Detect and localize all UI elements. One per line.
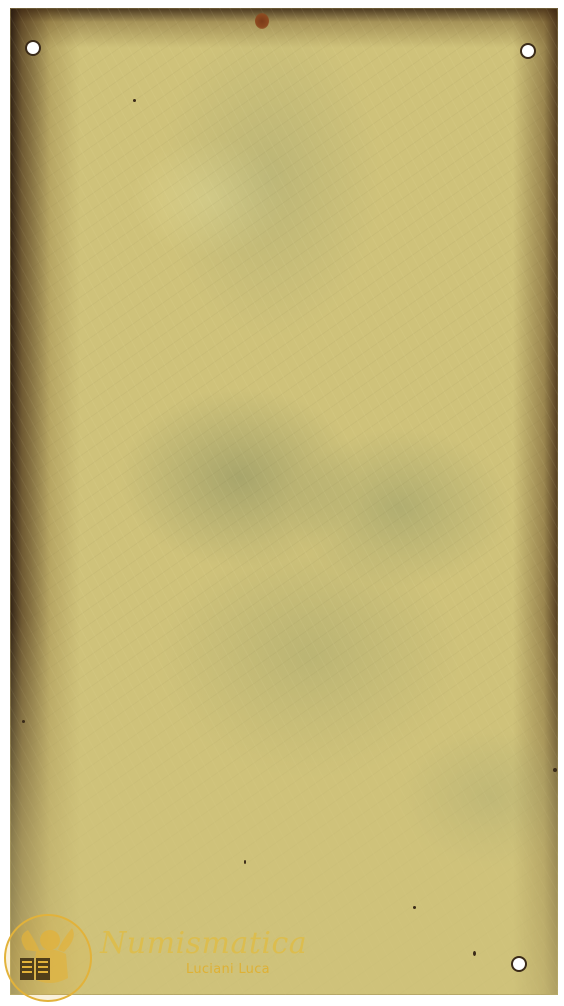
watermark-title: Numismatica <box>100 926 307 961</box>
rust-stain <box>255 13 269 29</box>
mounting-hole-top-right <box>522 45 534 57</box>
surface-spot <box>133 99 136 102</box>
watermark-subtitle: Luciani Luca <box>186 962 270 977</box>
surface-spot <box>244 860 246 864</box>
winged-lion-icon <box>4 914 92 1002</box>
surface-spot <box>553 768 557 772</box>
mounting-hole-top-left <box>27 42 39 54</box>
surface-scratches <box>10 8 558 995</box>
surface-spot <box>22 720 25 723</box>
mounting-hole-bottom-right <box>513 958 525 970</box>
surface-spot <box>473 951 476 956</box>
watermark: Numismatica Luciani Luca <box>4 912 294 1004</box>
surface-spot <box>413 906 416 909</box>
brass-plate <box>10 8 558 995</box>
